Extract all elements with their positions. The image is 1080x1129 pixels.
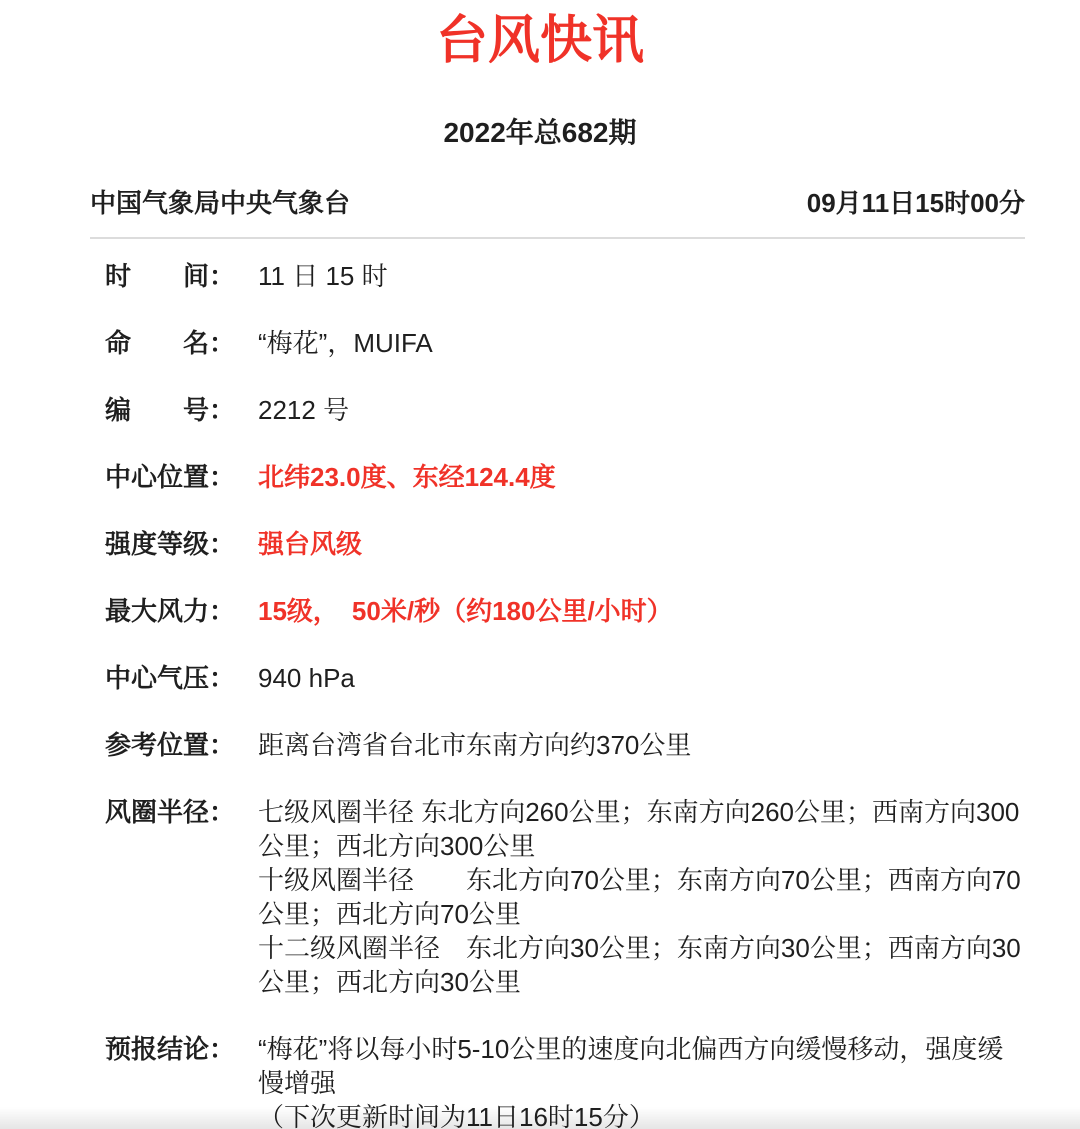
field-label: 风圈半径： [105,795,238,829]
field-row-intensity: 强度等级： 强台风级 [105,527,1025,561]
bulletin-header: 中国气象局中央气象台 09月11日15时00分 [90,188,1025,219]
issue-datetime: 09月11日15时00分 [807,188,1025,219]
field-row-center-position: 中心位置： 北纬23.0度、东经124.4度 [105,460,1025,494]
field-value: 11 日 15 时 [258,259,1025,293]
field-label: 命 名： [105,326,238,360]
agency-name: 中国气象局中央气象台 [90,188,350,219]
field-label: 参考位置： [105,728,238,762]
field-value-highlighted: 北纬23.0度、东经124.4度 [258,460,1025,494]
field-row-number: 编 号： 2212 号 [105,393,1025,427]
field-value: 七级风圈半径 东北方向260公里；东南方向260公里；西南方向300 公里；西北… [258,795,1025,999]
page-title: 台风快讯 [0,0,1080,72]
field-label: 时 间： [105,259,238,293]
field-row-wind-circle-radius: 风圈半径： 七级风圈半径 东北方向260公里；东南方向260公里；西南方向300… [105,795,1025,999]
field-row-name: 命 名： “梅花”，MUIFA [105,326,1025,360]
field-value-highlighted: 强台风级 [258,527,1025,561]
field-label: 最大风力： [105,594,238,628]
field-row-central-pressure: 中心气压： 940 hPa [105,661,1025,695]
field-value-highlighted: 15级， 50米/秒（约180公里/小时） [258,594,1025,628]
header-divider [90,237,1025,239]
field-value: “梅花”，MUIFA [258,326,1025,360]
field-label: 预报结论： [105,1032,238,1066]
field-row-forecast-conclusion: 预报结论： “梅花”将以每小时5-10公里的速度向北偏西方向缓慢移动，强度缓 慢… [105,1032,1025,1129]
field-label: 中心气压： [105,661,238,695]
field-list: 时 间： 11 日 15 时 命 名： “梅花”，MUIFA 编 号： 2212… [105,259,1025,1129]
field-label: 强度等级： [105,527,238,561]
field-value: “梅花”将以每小时5-10公里的速度向北偏西方向缓慢移动，强度缓 慢增强 （下次… [258,1032,1025,1129]
issue-number: 2022年总682期 [0,116,1080,150]
field-label: 中心位置： [105,460,238,494]
field-label: 编 号： [105,393,238,427]
field-row-max-wind: 最大风力： 15级， 50米/秒（约180公里/小时） [105,594,1025,628]
field-value: 940 hPa [258,661,1025,695]
field-value: 2212 号 [258,393,1025,427]
field-value: 距离台湾省台北市东南方向约370公里 [258,728,1025,762]
field-row-reference-position: 参考位置： 距离台湾省台北市东南方向约370公里 [105,728,1025,762]
field-row-time: 时 间： 11 日 15 时 [105,259,1025,293]
